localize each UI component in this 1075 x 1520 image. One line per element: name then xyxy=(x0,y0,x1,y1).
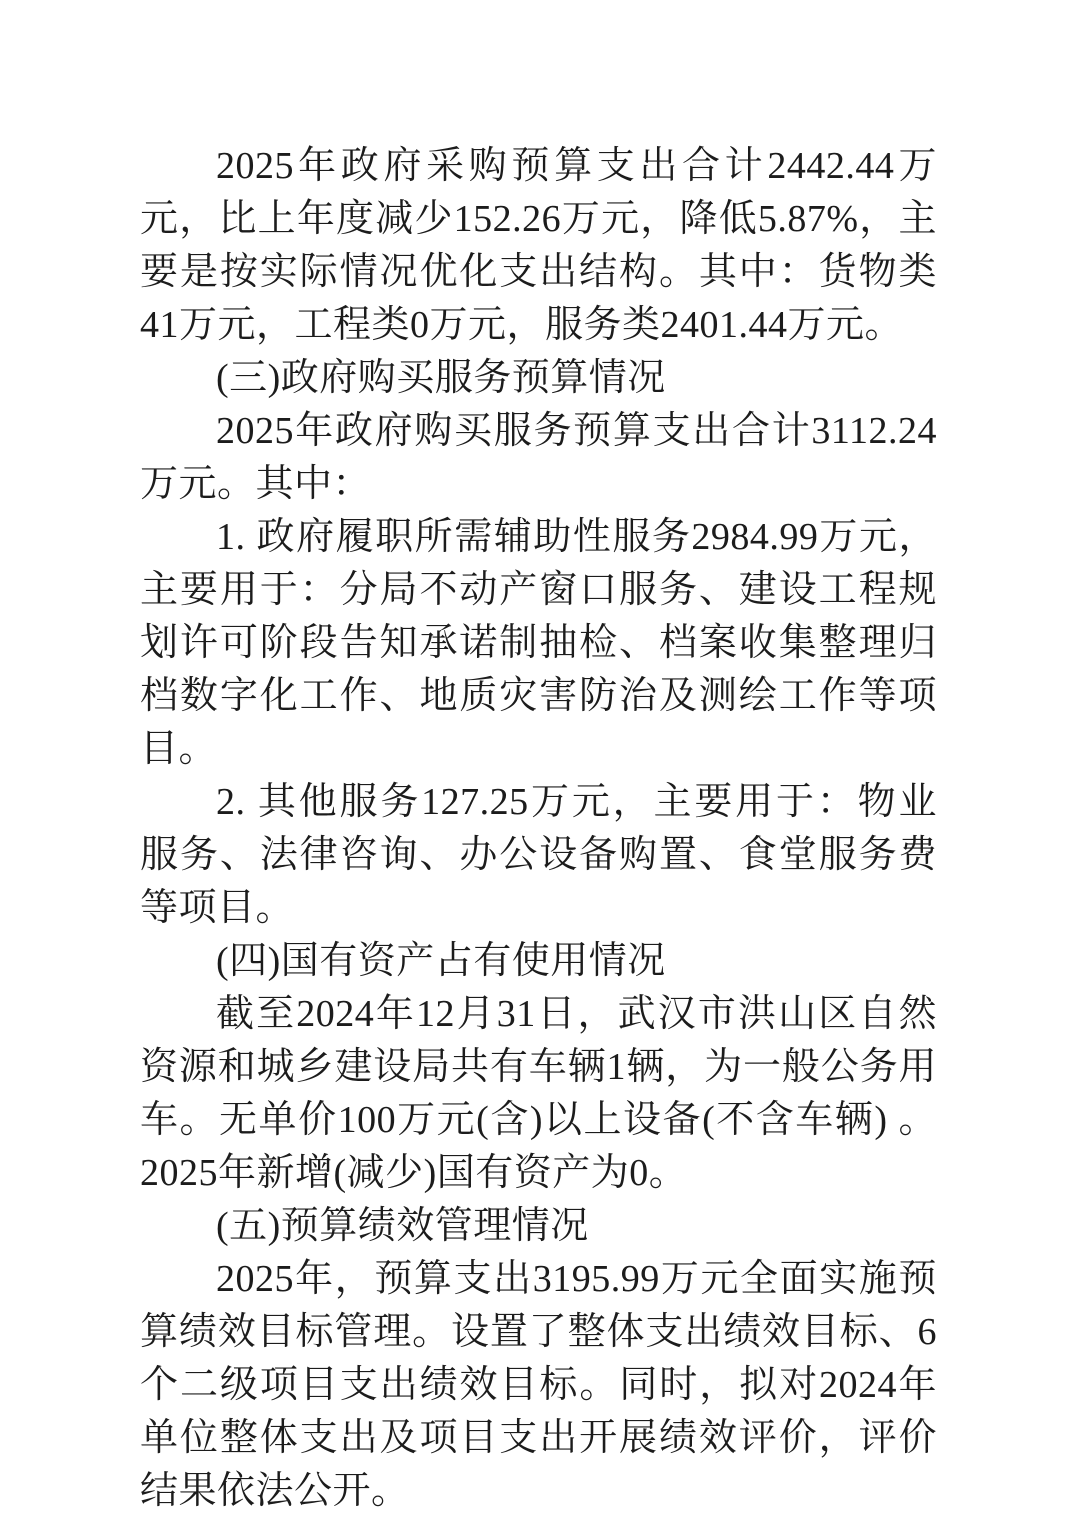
document-body: 2025年政府采购预算支出合计2442.44万元，比上年度减少152.26万元，… xyxy=(140,140,937,1518)
heading-section-3-purchase-services: (三)政府购买服务预算情况 xyxy=(140,352,937,405)
heading-section-5-performance-management: (五)预算绩效管理情况 xyxy=(140,1200,937,1253)
paragraph-state-assets-detail: 截至2024年12月31日，武汉市洪山区自然资源和城乡建设局共有车辆1辆，为一般… xyxy=(140,988,937,1200)
paragraph-item-1-auxiliary-services: 1. 政府履职所需辅助性服务2984.99万元，主要用于：分局不动产窗口服务、建… xyxy=(140,511,937,776)
paragraph-item-2-other-services: 2. 其他服务127.25万元，主要用于：物业服务、法律咨询、办公设备购置、食堂… xyxy=(140,776,937,935)
document-page: 2025年政府采购预算支出合计2442.44万元，比上年度减少152.26万元，… xyxy=(0,0,1075,1520)
heading-section-4-state-assets: (四)国有资产占有使用情况 xyxy=(140,935,937,988)
paragraph-performance-management-detail: 2025年，预算支出3195.99万元全面实施预算绩效目标管理。设置了整体支出绩… xyxy=(140,1253,937,1518)
paragraph-purchase-services-total: 2025年政府购买服务预算支出合计3112.24万元。其中： xyxy=(140,405,937,511)
paragraph-procurement-budget: 2025年政府采购预算支出合计2442.44万元，比上年度减少152.26万元，… xyxy=(140,140,937,352)
